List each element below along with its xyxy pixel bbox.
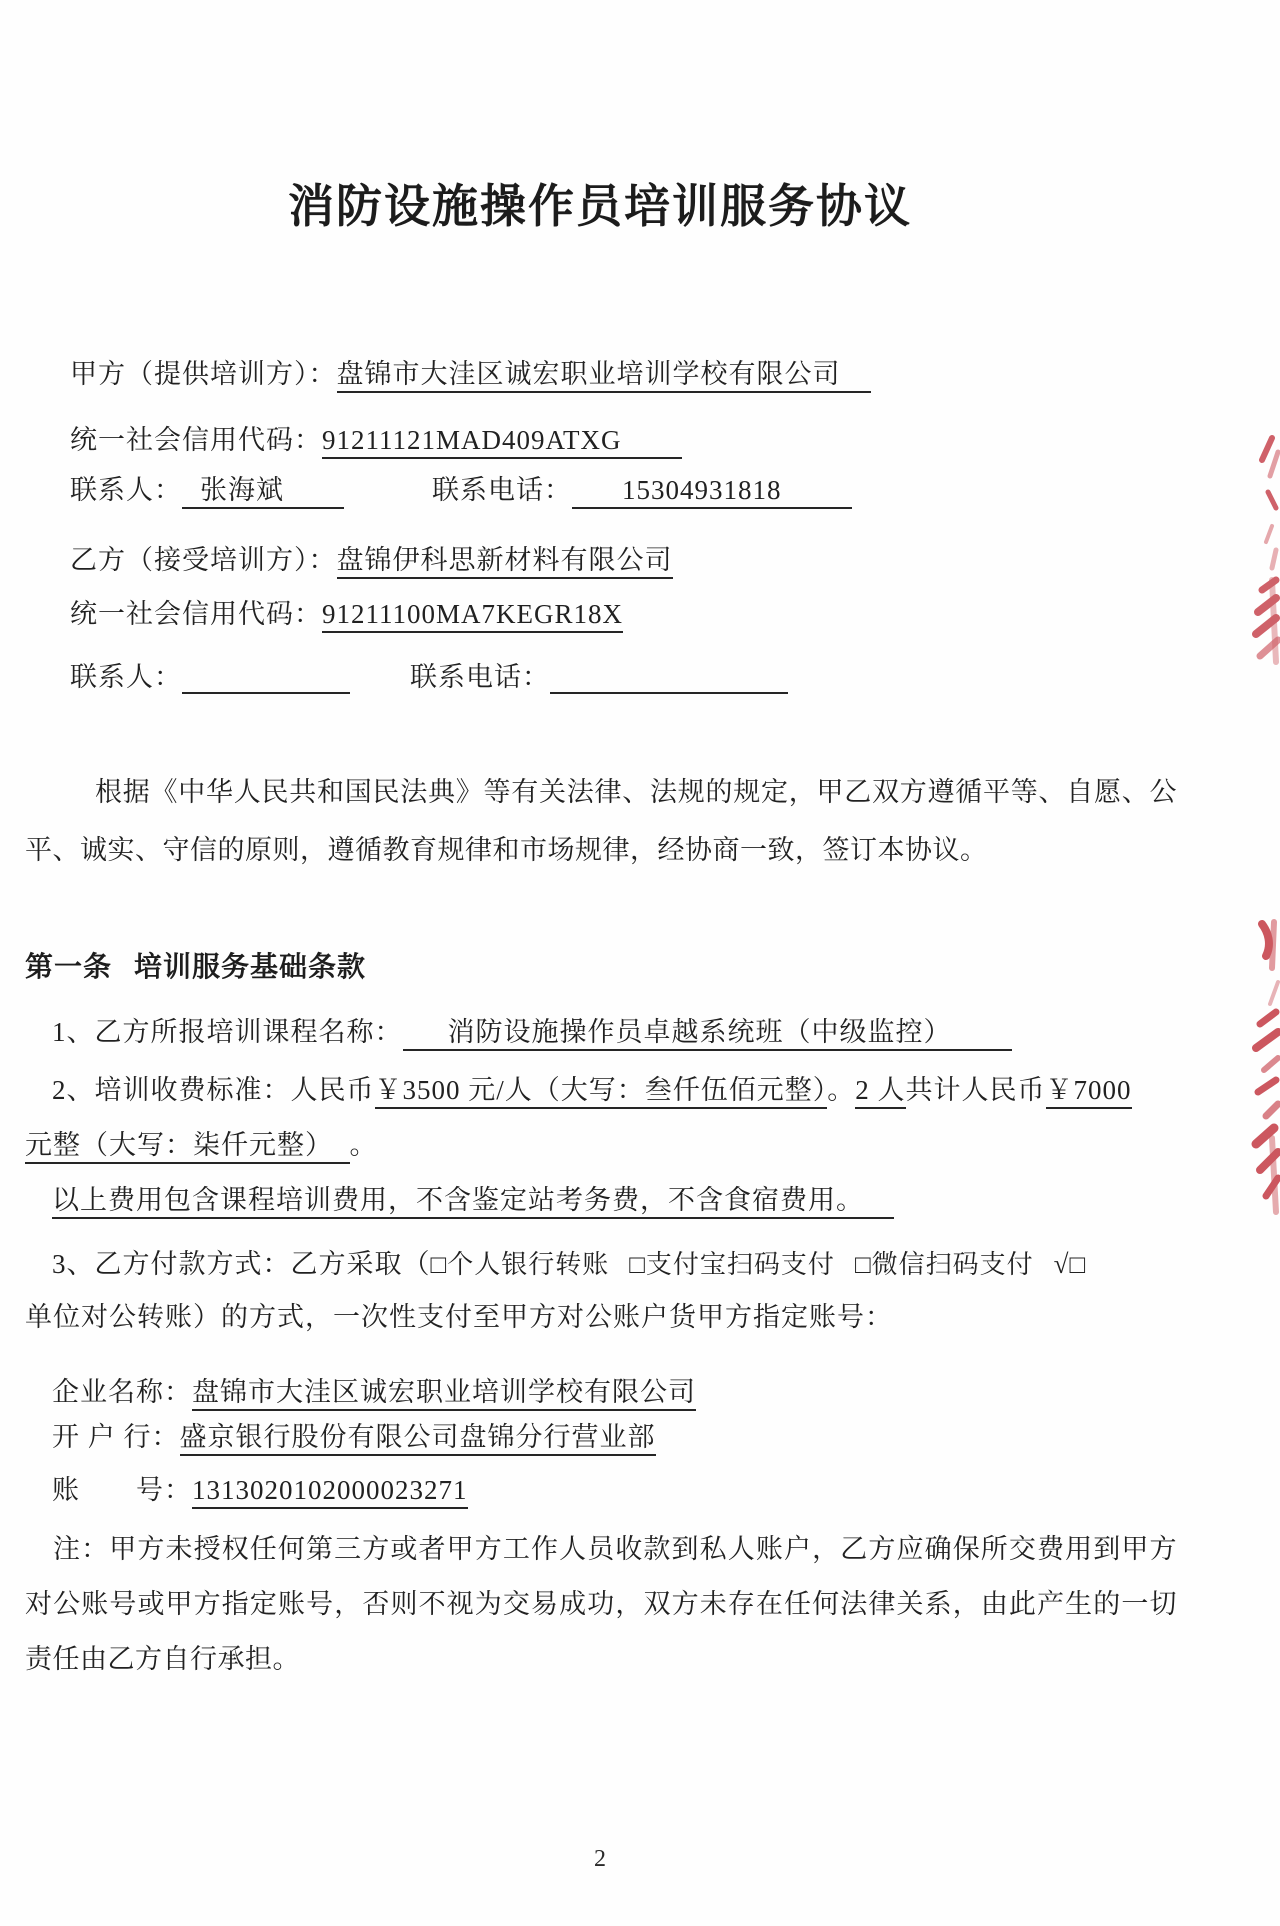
total-amount-words: 元整（大写：柒仟元整） (25, 1130, 350, 1164)
item-3-line-2: 单位对公转账）的方式，一次性支付至甲方对公账户货甲方指定账号： (25, 1295, 893, 1334)
item-3-line-1: 3、乙方付款方式：乙方采取（□个人银行转账□支付宝扫码支付□微信扫码支付√□ (52, 1242, 1086, 1281)
party-a-name: 盘锦市大洼区诚宏职业培训学校有限公司 (337, 359, 871, 393)
item-2-line-1: 2、培训收费标准：人民币￥3500 元/人（大写：叁仟伍佰元整）。2 人共计人民… (52, 1068, 1132, 1107)
account-number-label: 账 号： (52, 1475, 192, 1505)
red-stamp-fragment-bottom (1238, 912, 1280, 1222)
item-2-mid: 共计人民币 (906, 1075, 1046, 1105)
party-b-contact-label: 联系人： (70, 662, 182, 692)
account-company-label: 企业名称： (52, 1377, 192, 1407)
party-a-contact-name: 张海斌 (182, 475, 344, 509)
red-stamp-fragment-top (1242, 430, 1280, 670)
party-a-contact-label: 联系人： (70, 475, 182, 505)
article-1-heading: 第一条培训服务基础条款 (25, 945, 366, 985)
checkbox-corporate-transfer: □ (1069, 1249, 1086, 1279)
item-1-label: 1、乙方所报培训课程名称： (52, 1017, 403, 1047)
party-a-label: 甲方（提供培训方）： (70, 359, 337, 389)
payment-note-paragraph: 注：甲方未授权任何第三方或者甲方工作人员收款到私人账户，乙方应确保所交费用到甲方… (25, 1522, 1177, 1687)
article-1-title: 培训服务基础条款 (134, 951, 366, 982)
checkbox-alipay: □支付宝扫码支付 (629, 1249, 835, 1279)
item-2-line-2: 元整（大写：柒仟元整）。 (25, 1123, 378, 1162)
article-1-number: 第一条 (25, 951, 112, 982)
fee-note: 以上费用包含课程培训费用，不含鉴定站考务费，不含食宿费用。 (52, 1185, 894, 1219)
course-name: 消防设施操作员卓越系统班（中级监控） (403, 1017, 1012, 1051)
account-bank-row: 开 户 行：盛京银行股份有限公司盘锦分行营业部 (52, 1415, 656, 1454)
party-a-credit-row: 统一社会信用代码：91211121MAD409ATXG (70, 418, 682, 457)
item-2-period: 。 (350, 1130, 378, 1160)
document-title: 消防设施操作员培训服务协议 (25, 170, 1175, 236)
party-b-credit-row: 统一社会信用代码：91211100MA7KEGR18X (70, 592, 623, 631)
account-company-name: 盘锦市大洼区诚宏职业培训学校有限公司 (192, 1377, 696, 1411)
party-b-contact-blank (182, 664, 350, 694)
checkbox-wechat: □微信扫码支付 (855, 1249, 1034, 1279)
party-b-label: 乙方（接受培训方）： (70, 545, 337, 575)
check-mark-icon: √ (1054, 1249, 1070, 1279)
item-1-row: 1、乙方所报培训课程名称：消防设施操作员卓越系统班（中级监控） (52, 1010, 1012, 1049)
party-a-name-row: 甲方（提供培训方）：盘锦市大洼区诚宏职业培训学校有限公司 (70, 352, 871, 391)
price-per-person: ￥3500 元/人（大写：叁仟伍佰元整） (375, 1075, 828, 1109)
party-a-phone-label: 联系电话： (432, 475, 572, 505)
party-b-name-row: 乙方（接受培训方）：盘锦伊科思新材料有限公司 (70, 538, 673, 577)
party-b-contact-row: 联系人：联系电话： (70, 655, 788, 694)
total-amount: ￥7000 (1046, 1075, 1132, 1109)
preamble-paragraph: 根据《中华人民共和国民法典》等有关法律、法规的规定，甲乙双方遵循平等、自愿、公平… (25, 763, 1177, 879)
account-number-row: 账 号：1313020102000023271 (52, 1468, 468, 1507)
headcount: 2 人 (855, 1075, 905, 1109)
party-a-credit-code: 91211121MAD409ATXG (322, 425, 682, 459)
item-2-prefix: 2、培训收费标准：人民币 (52, 1075, 375, 1105)
item-3-prefix: 3、乙方付款方式：乙方采取（ (52, 1249, 431, 1279)
account-number: 1313020102000023271 (192, 1475, 468, 1509)
account-company-row: 企业名称：盘锦市大洼区诚宏职业培训学校有限公司 (52, 1370, 696, 1409)
party-a-phone: 15304931818 (572, 475, 852, 509)
party-b-credit-code: 91211100MA7KEGR18X (322, 599, 623, 633)
checkbox-personal-transfer: □个人银行转账 (431, 1249, 610, 1279)
account-bank-label: 开 户 行： (52, 1422, 180, 1452)
party-b-phone-label: 联系电话： (410, 662, 550, 692)
party-b-phone-blank (550, 664, 788, 694)
party-b-credit-label: 统一社会信用代码： (70, 599, 322, 629)
page-number: 2 (25, 1846, 1175, 1873)
party-b-name: 盘锦伊科思新材料有限公司 (337, 545, 673, 579)
party-a-credit-label: 统一社会信用代码： (70, 425, 322, 455)
item-2-separator: 。 (827, 1075, 855, 1105)
contract-page: 消防设施操作员培训服务协议 甲方（提供培训方）：盘锦市大洼区诚宏职业培训学校有限… (0, 0, 1280, 1926)
fee-note-row: 以上费用包含课程培训费用，不含鉴定站考务费，不含食宿费用。 (52, 1178, 894, 1217)
party-a-contact-row: 联系人：张海斌联系电话：15304931818 (70, 468, 852, 507)
account-bank-name: 盛京银行股份有限公司盘锦分行营业部 (180, 1422, 656, 1456)
